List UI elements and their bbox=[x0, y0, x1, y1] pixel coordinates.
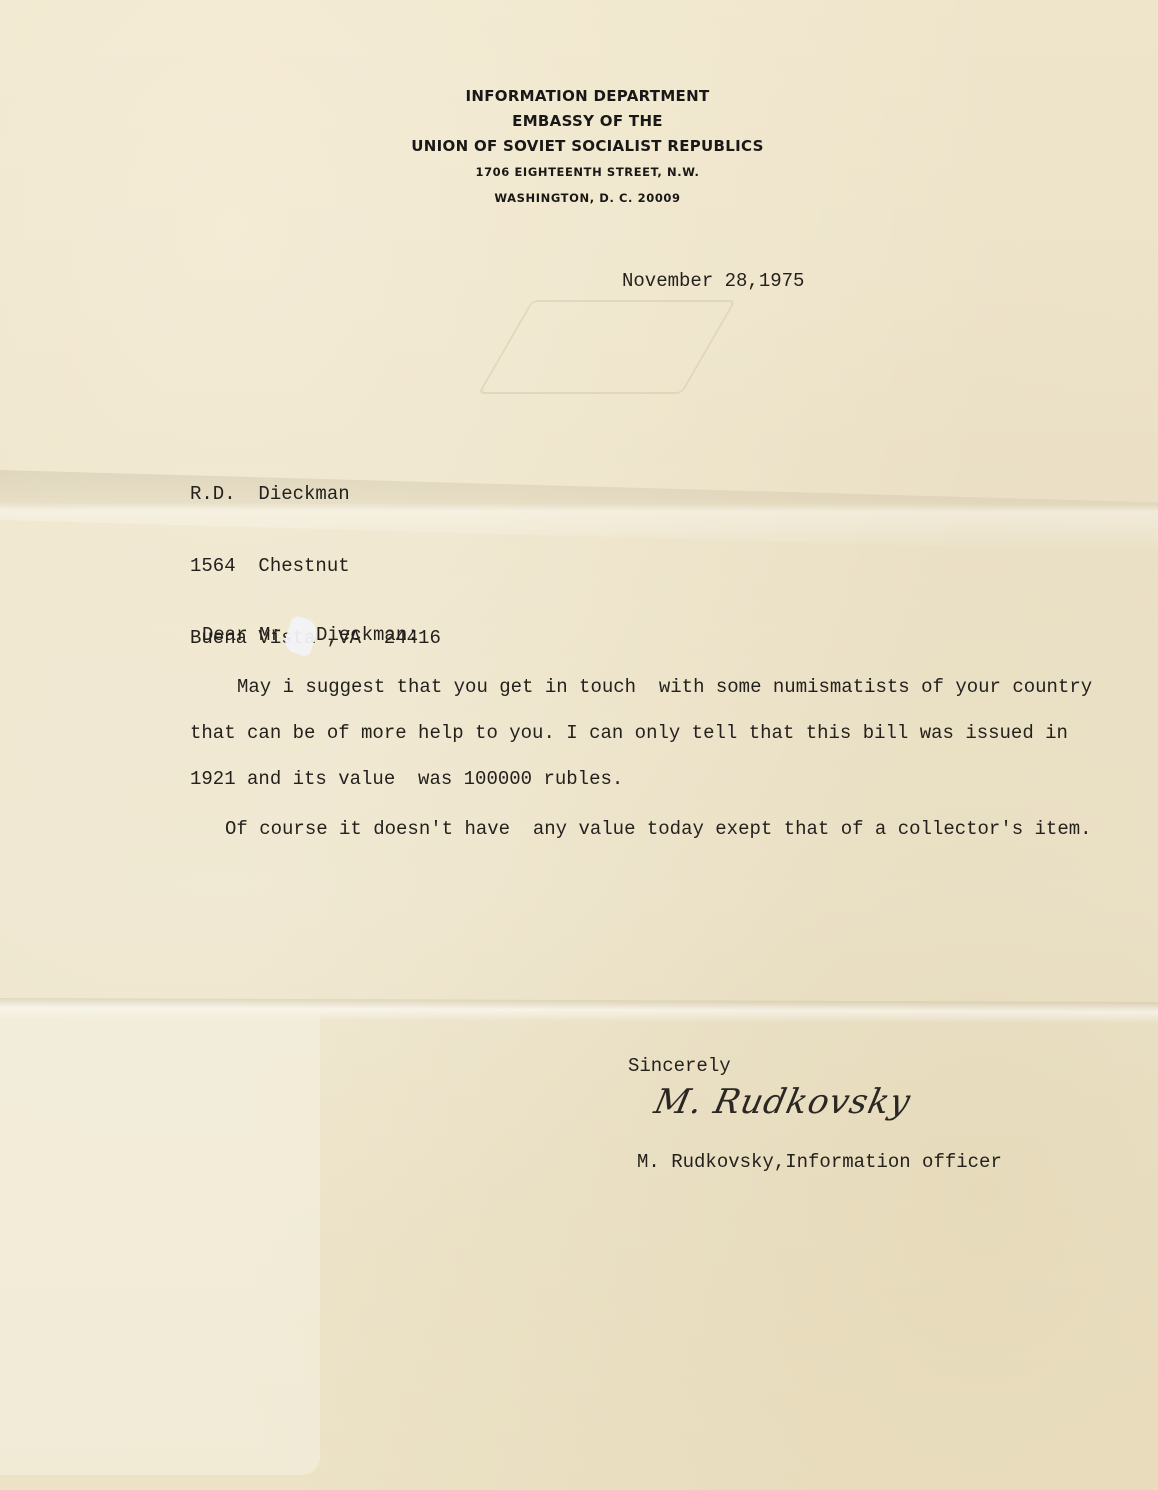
signatory-name: M. Rudkovsky,Information officer bbox=[637, 1151, 1002, 1173]
faded-paper-region bbox=[0, 1010, 320, 1475]
letterhead-city: WASHINGTON, D. C. 20009 bbox=[0, 185, 1158, 211]
handwritten-signature: M. Rudkovsky bbox=[651, 1082, 915, 1122]
letterhead-department: INFORMATION DEPARTMENT bbox=[0, 84, 1158, 109]
closing: Sincerely bbox=[628, 1055, 731, 1077]
letterhead-street: 1706 EIGHTEENTH STREET, N.W. bbox=[0, 159, 1158, 185]
body-line-2: that can be of more help to you. I can o… bbox=[190, 722, 1068, 744]
body-line-4: Of course it doesn't have any value toda… bbox=[225, 818, 1092, 840]
body-line-3: 1921 and its value was 100000 rubles. bbox=[190, 768, 623, 790]
letterhead: INFORMATION DEPARTMENT EMBASSY OF THE UN… bbox=[0, 84, 1158, 211]
body-line-1: May i suggest that you get in touch with… bbox=[237, 676, 1092, 698]
recipient-name: R.D. Dieckman bbox=[190, 482, 441, 506]
letterhead-embassy: EMBASSY OF THE bbox=[0, 109, 1158, 134]
letterhead-country: UNION OF SOVIET SOCIALIST REPUBLICS bbox=[0, 134, 1158, 159]
recipient-street: 1564 Chestnut bbox=[190, 554, 441, 578]
letter-date: November 28,1975 bbox=[622, 270, 804, 292]
